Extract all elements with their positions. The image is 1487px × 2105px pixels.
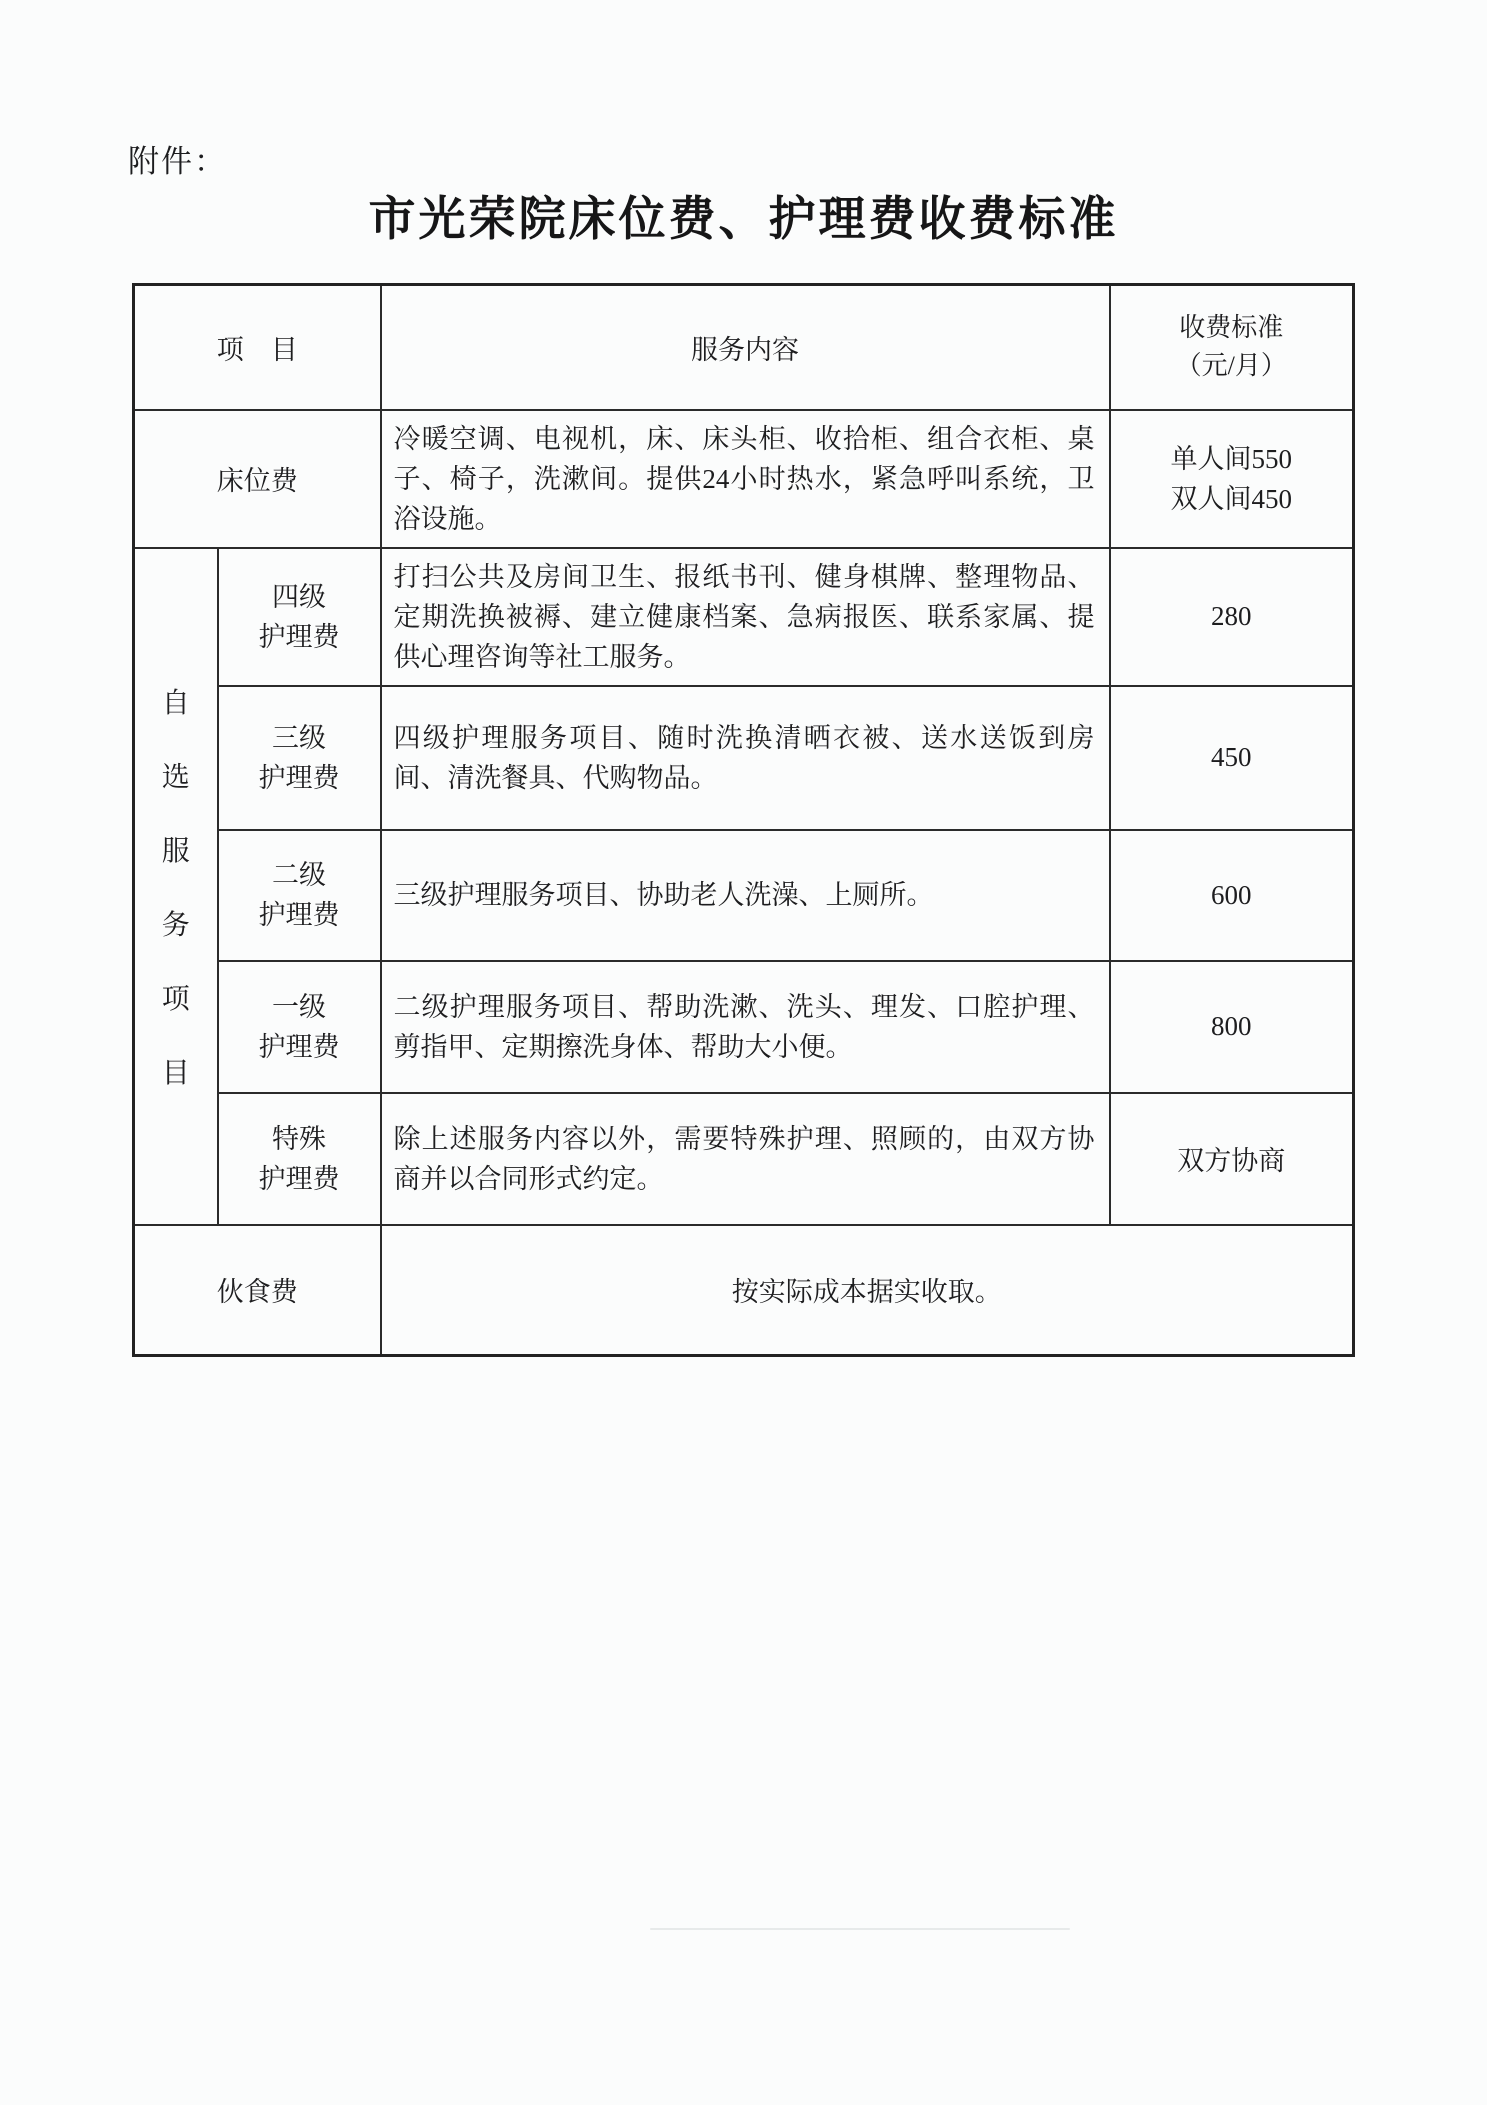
group-label-char: 目 — [162, 1051, 190, 1091]
level2-item-cell: 二级 护理费 — [218, 830, 381, 961]
bed-fee-item-cell: 床位费 — [134, 410, 381, 548]
level4-fee-cell: 280 — [1110, 548, 1354, 686]
level3-service-cell: 四级护理服务项目、随时洗换清晒衣被、送水送饭到房间、清洗餐具、代购物品。 — [381, 686, 1110, 830]
header-fee-line2: （元/月） — [1111, 347, 1353, 385]
level1-item-cell: 一级 护理费 — [218, 961, 381, 1093]
special-care-fee-cell: 双方协商 — [1110, 1093, 1354, 1225]
header-cell-fee: 收费标准 （元/月） — [1110, 285, 1354, 410]
scanned-document-page: 附件： 市光荣院床位费、护理费收费标准 项 目 服务内容 收费标准 （元/月） … — [0, 0, 1487, 2105]
group-label-char: 自 — [162, 681, 190, 721]
table-row-level1-care: 一级 护理费 二级护理服务项目、帮助洗漱、洗头、理发、口腔护理、剪指甲、定期擦洗… — [134, 961, 1354, 1093]
optional-group-label-cell: 自 选 服 务 项 目 — [134, 548, 218, 1225]
group-label-char: 务 — [162, 903, 190, 943]
table-row-level4-care: 自 选 服 务 项 目 四级 护理费 打扫公共及房间卫生、报纸书刊、健身棋牌、整… — [134, 548, 1354, 686]
level1-fee-cell: 800 — [1110, 961, 1354, 1093]
table-header-row: 项 目 服务内容 收费标准 （元/月） — [134, 285, 1354, 410]
header-fee-line1: 收费标准 — [1111, 309, 1353, 347]
page-title: 市光荣院床位费、护理费收费标准 — [0, 182, 1487, 249]
level4-item-cell: 四级 护理费 — [218, 548, 381, 686]
level3-item-line2: 护理费 — [219, 758, 380, 798]
attachment-label: 附件： — [128, 136, 227, 181]
table-row-bed-fee: 床位费 冷暖空调、电视机，床、床头柜、收拾柜、组合衣柜、桌子、椅子，洗漱间。提供… — [134, 410, 1354, 548]
level2-fee-cell: 600 — [1110, 830, 1354, 961]
special-care-item-line1: 特殊 — [219, 1119, 380, 1159]
scan-artifact — [650, 1928, 1070, 1930]
special-care-item-cell: 特殊 护理费 — [218, 1093, 381, 1225]
bed-fee-single-room: 单人间550 — [1111, 439, 1353, 479]
table-row-level3-care: 三级 护理费 四级护理服务项目、随时洗换清晒衣被、送水送饭到房间、清洗餐具、代购… — [134, 686, 1354, 830]
level1-item-line2: 护理费 — [219, 1027, 380, 1067]
level2-item-line2: 护理费 — [219, 895, 380, 935]
table-row-special-care: 特殊 护理费 除上述服务内容以外，需要特殊护理、照顾的，由双方协商并以合同形式约… — [134, 1093, 1354, 1225]
level2-service-cell: 三级护理服务项目、协助老人洗澡、上厕所。 — [381, 830, 1110, 961]
group-label-char: 项 — [162, 977, 190, 1017]
meal-fee-service-cell: 按实际成本据实收取。 — [381, 1225, 1354, 1356]
level2-item-line1: 二级 — [219, 855, 380, 895]
level1-item-line1: 一级 — [219, 987, 380, 1027]
fee-standard-table: 项 目 服务内容 收费标准 （元/月） 床位费 冷暖空调、电视机，床、床头柜、收… — [132, 283, 1355, 1357]
level4-item-line2: 护理费 — [219, 617, 380, 657]
special-care-item-line2: 护理费 — [219, 1159, 380, 1199]
header-cell-item: 项 目 — [134, 285, 381, 410]
special-care-service-cell: 除上述服务内容以外，需要特殊护理、照顾的，由双方协商并以合同形式约定。 — [381, 1093, 1110, 1225]
level1-service-cell: 二级护理服务项目、帮助洗漱、洗头、理发、口腔护理、剪指甲、定期擦洗身体、帮助大小… — [381, 961, 1110, 1093]
meal-fee-item-cell: 伙食费 — [134, 1225, 381, 1356]
bed-fee-service-cell: 冷暖空调、电视机，床、床头柜、收拾柜、组合衣柜、桌子、椅子，洗漱间。提供24小时… — [381, 410, 1110, 548]
table-row-meal-fee: 伙食费 按实际成本据实收取。 — [134, 1225, 1354, 1356]
level4-item-line1: 四级 — [219, 577, 380, 617]
group-label-char: 选 — [162, 755, 190, 795]
header-cell-service: 服务内容 — [381, 285, 1110, 410]
level4-service-cell: 打扫公共及房间卫生、报纸书刊、健身棋牌、整理物品、定期洗换被褥、建立健康档案、急… — [381, 548, 1110, 686]
group-label-char: 服 — [162, 829, 190, 869]
level3-item-line1: 三级 — [219, 718, 380, 758]
table-row-level2-care: 二级 护理费 三级护理服务项目、协助老人洗澡、上厕所。 600 — [134, 830, 1354, 961]
bed-fee-fee-cell: 单人间550 双人间450 — [1110, 410, 1354, 548]
level3-item-cell: 三级 护理费 — [218, 686, 381, 830]
level3-fee-cell: 450 — [1110, 686, 1354, 830]
optional-group-vertical-label: 自 选 服 务 项 目 — [135, 681, 217, 1091]
bed-fee-double-room: 双人间450 — [1111, 479, 1353, 519]
